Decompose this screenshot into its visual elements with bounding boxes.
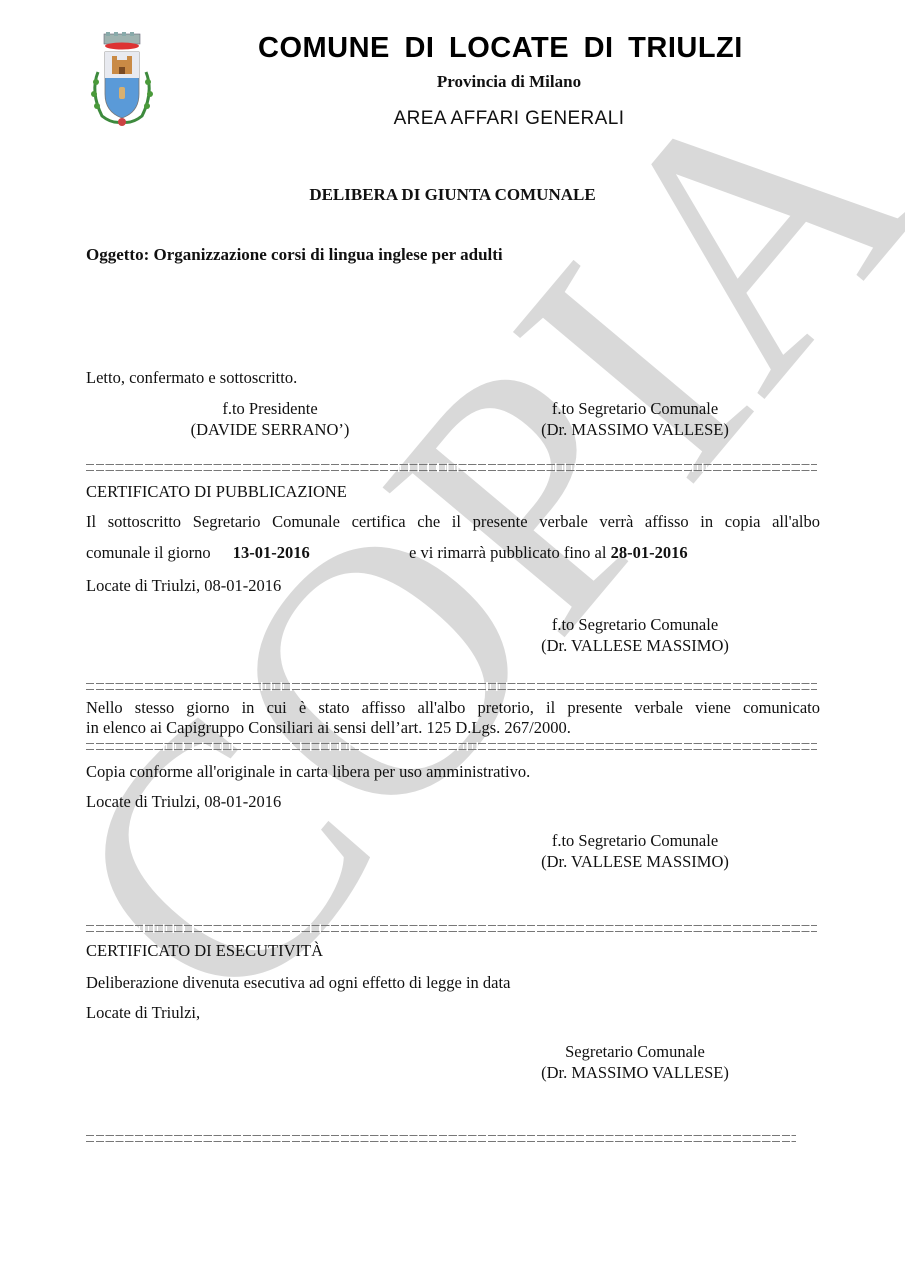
separator-line [86,683,817,690]
signature-role: f.to Segretario Comunale [520,398,750,419]
capigruppo-text-line1: Nello stesso giorno in cui è stato affis… [86,698,820,718]
publication-place-date: Locate di Triulzi, 08-01-2016 [86,576,281,596]
copy-conformity-text: Copia conforme all'originale in carta li… [86,762,530,782]
signature-name: (Dr. MASSIMO VALLESE) [520,1062,750,1083]
separator-line [86,464,817,471]
publication-text: Il sottoscritto Segretario Comunale cert… [86,512,820,532]
document-type-heading: DELIBERA DI GIUNTA COMUNALE [0,185,905,205]
province-label: Provincia di Milano [0,72,905,92]
publication-certificate-heading: CERTIFICATO DI PUBBLICAZIONE [86,482,347,502]
capigruppo-text-line2: in elenco ai Capigruppo Consiliari ai se… [86,718,571,738]
executive-certificate-heading: CERTIFICATO DI ESECUTIVITÀ [86,941,323,961]
publication-dates: comunale il giorno 13-01-2016 [86,543,310,563]
separator-line [86,925,817,932]
signature-role: f.to Presidente [170,398,370,419]
publication-until: e vi rimarrà pubblicato fino al 28-01-20… [409,543,688,563]
subject-line: Oggetto: Organizzazione corsi di lingua … [86,245,503,265]
separator-line [86,1135,796,1142]
publication-date-to: 28-01-2016 [611,543,688,562]
department-label: AREA AFFARI GENERALI [0,108,905,130]
signature-name: (Dr. VALLESE MASSIMO) [520,635,750,656]
copy-place-date: Locate di Triulzi, 08-01-2016 [86,792,281,812]
signature-name: (Dr. VALLESE MASSIMO) [520,851,750,872]
svg-text:COPIA: COPIA [0,0,905,1080]
signature-secretary: f.to Segretario Comunale (Dr. MASSIMO VA… [520,398,750,440]
signature-president: f.to Presidente (DAVIDE SERRANO’) [170,398,370,440]
read-confirmed-text: Letto, confermato e sottoscritto. [86,368,297,388]
separator-line [86,743,817,750]
signature-copy: f.to Segretario Comunale (Dr. VALLESE MA… [520,830,750,872]
signature-executive: Segretario Comunale (Dr. MASSIMO VALLESE… [520,1041,750,1083]
signature-name: (Dr. MASSIMO VALLESE) [520,419,750,440]
executive-text: Deliberazione divenuta esecutiva ad ogni… [86,973,510,993]
signature-role: f.to Segretario Comunale [520,614,750,635]
signature-role: Segretario Comunale [520,1041,750,1062]
municipality-title: COMUNE DI LOCATE DI TRIULZI [258,32,743,65]
executive-place: Locate di Triulzi, [86,1003,200,1023]
signature-name: (DAVIDE SERRANO’) [170,419,370,440]
signature-role: f.to Segretario Comunale [520,830,750,851]
publication-date-from: 13-01-2016 [233,543,310,562]
publication-prefix: comunale il giorno [86,543,211,562]
signature-publication: f.to Segretario Comunale (Dr. VALLESE MA… [520,614,750,656]
publication-mid: e vi rimarrà pubblicato fino al [409,543,606,562]
